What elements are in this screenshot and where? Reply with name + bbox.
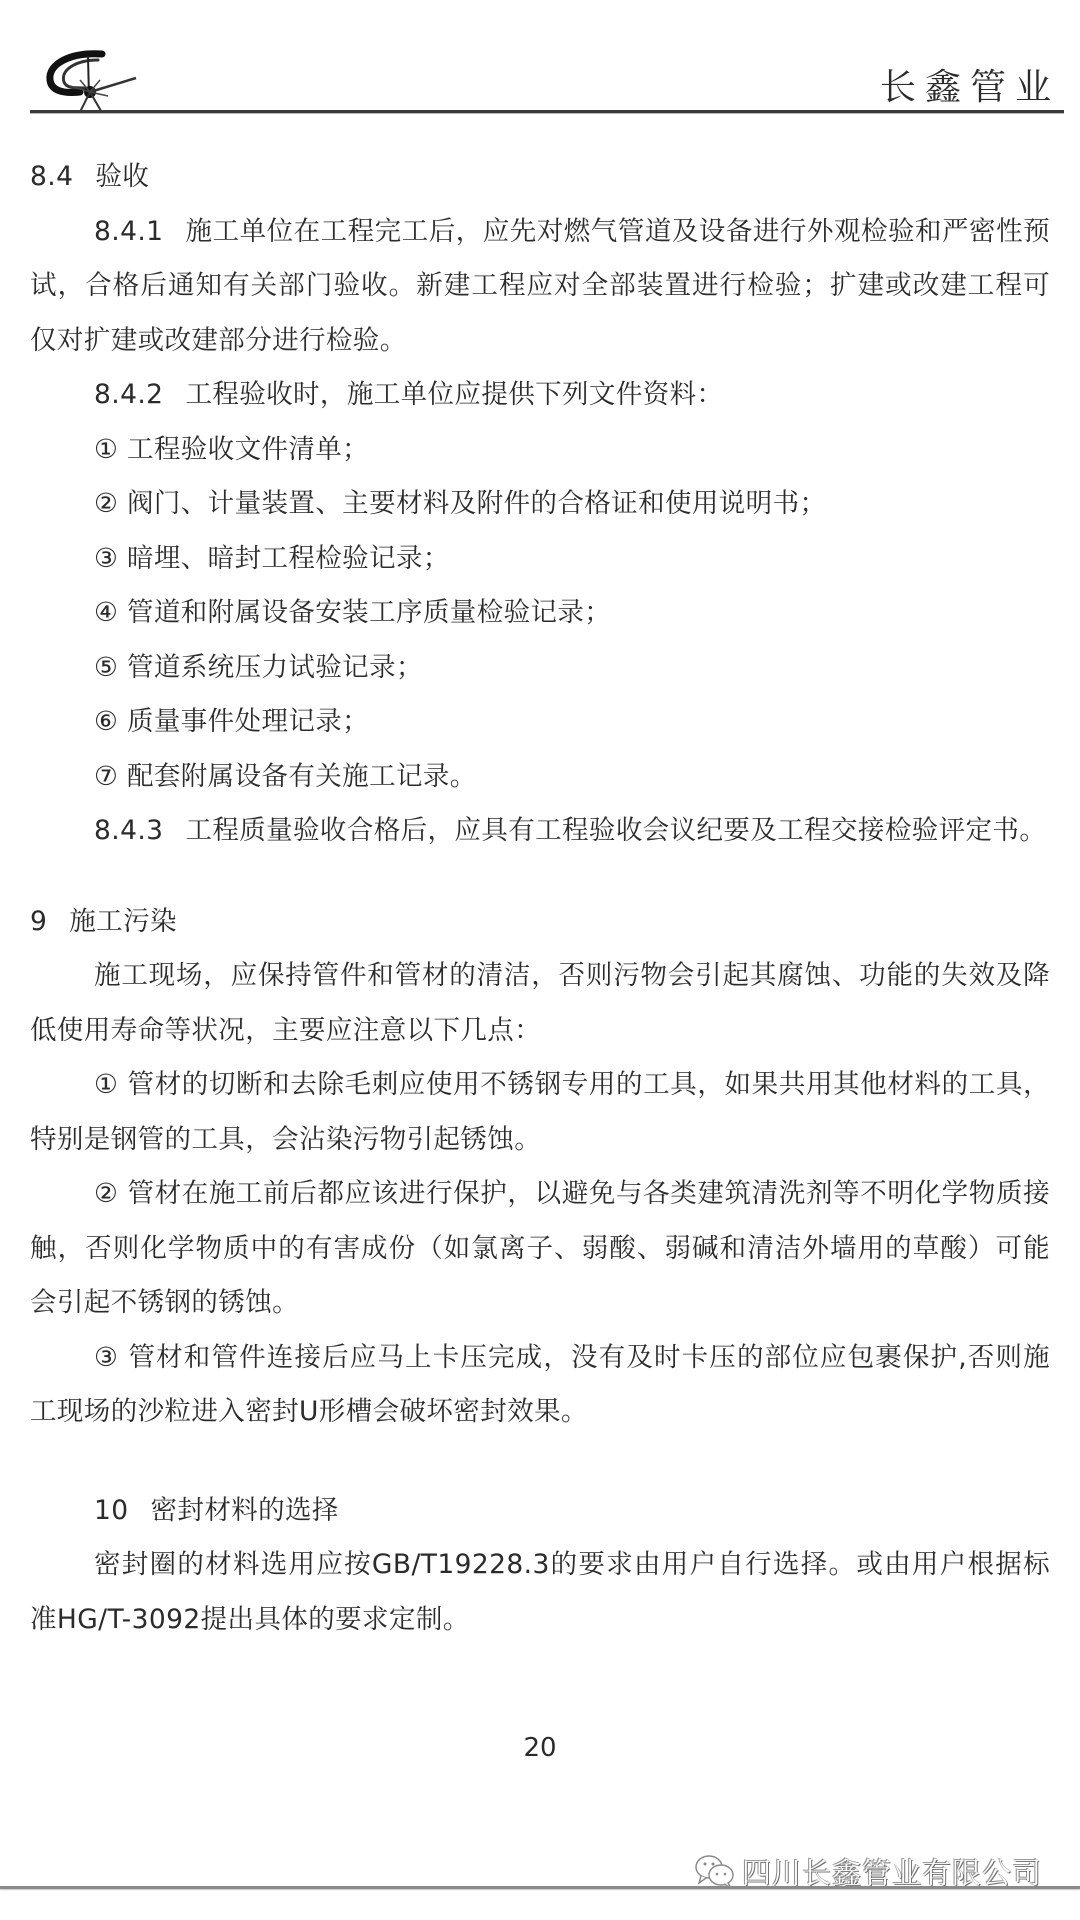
clause-number: 8.4.1 [94, 216, 163, 247]
section-title: 验收 [95, 161, 149, 192]
header-divider [30, 110, 1064, 113]
clause-text: 施工单位在工程完工后，应先对燃气管道及设备进行外观检验和严密性预试，合格后通知有… [30, 216, 1050, 356]
section-number: 9 [30, 906, 47, 937]
clause-8-4-3: 8.4.3工程质量验收合格后，应具有工程验收会议纪要及工程交接检验评定书。 [30, 804, 1050, 859]
list-item: ⑦ 配套附属设备有关施工记录。 [30, 750, 1050, 805]
list-item: ② 阀门、计量装置、主要材料及附件的合格证和使用说明书； [30, 477, 1050, 532]
wechat-watermark: 四川长鑫管业有限公司 [694, 1851, 1042, 1891]
section-10-text: 密封圈的材料选用应按GB/T19228.3的要求由用户自行选择。或由用户根据标准… [30, 1538, 1050, 1647]
list-item: ⑤ 管道系统压力试验记录； [30, 641, 1050, 696]
document-body: 8.4验收 8.4.1施工单位在工程完工后，应先对燃气管道及设备进行外观检验和严… [30, 150, 1050, 1647]
list-item: ① 管材的切断和去除毛刺应使用不锈钢专用的工具，如果共用其他材料的工具，特别是钢… [30, 1058, 1050, 1167]
clause-text: 工程验收时，施工单位应提供下列文件资料： [185, 379, 723, 410]
clause-number: 8.4.3 [94, 815, 163, 846]
clause-text: 工程质量验收合格后，应具有工程验收会议纪要及工程交接检验评定书。 [185, 815, 1046, 846]
section-heading-9: 9施工污染 [30, 895, 1050, 950]
page-number: 20 [0, 1733, 1080, 1763]
section-9-intro: 施工现场，应保持管件和管材的清洁，否则污物会引起其腐蚀、功能的失效及降低使用寿命… [30, 949, 1050, 1058]
wechat-icon [694, 1853, 736, 1889]
footer-divider [0, 1886, 1080, 1889]
section-spacer [30, 859, 1050, 895]
section-number: 8.4 [30, 161, 73, 192]
clause-number: 8.4.2 [94, 379, 163, 410]
list-item: ③ 暗埋、暗封工程检验记录； [30, 532, 1050, 587]
list-item: ⑥ 质量事件处理记录； [30, 695, 1050, 750]
section-heading-10: 10密封材料的选择 [30, 1484, 1050, 1539]
list-item: ④ 管道和附属设备安装工序质量检验记录； [30, 586, 1050, 641]
list-item: ② 管材在施工前后都应该进行保护，以避免与各类建筑清洗剂等不明化学物质接触，否则… [30, 1167, 1050, 1331]
list-item: ① 工程验收文件清单； [30, 423, 1050, 478]
clause-8-4-1: 8.4.1施工单位在工程完工后，应先对燃气管道及设备进行外观检验和严密性预试，合… [30, 205, 1050, 369]
company-comet-logo-icon [40, 46, 150, 114]
clause-8-4-2: 8.4.2工程验收时，施工单位应提供下列文件资料： [30, 368, 1050, 423]
section-number: 10 [94, 1495, 129, 1526]
header-title: 长鑫管业 [880, 66, 1060, 110]
section-spacer [30, 1440, 1050, 1484]
list-item: ③ 管材和管件连接后应马上卡压完成，没有及时卡压的部位应包裹保护,否则施工现场的… [30, 1331, 1050, 1440]
page-header: 长鑫管业 [30, 40, 1064, 116]
section-heading-8-4: 8.4验收 [30, 150, 1050, 205]
section-title: 施工污染 [69, 906, 177, 937]
section-title: 密封材料的选择 [151, 1495, 339, 1526]
